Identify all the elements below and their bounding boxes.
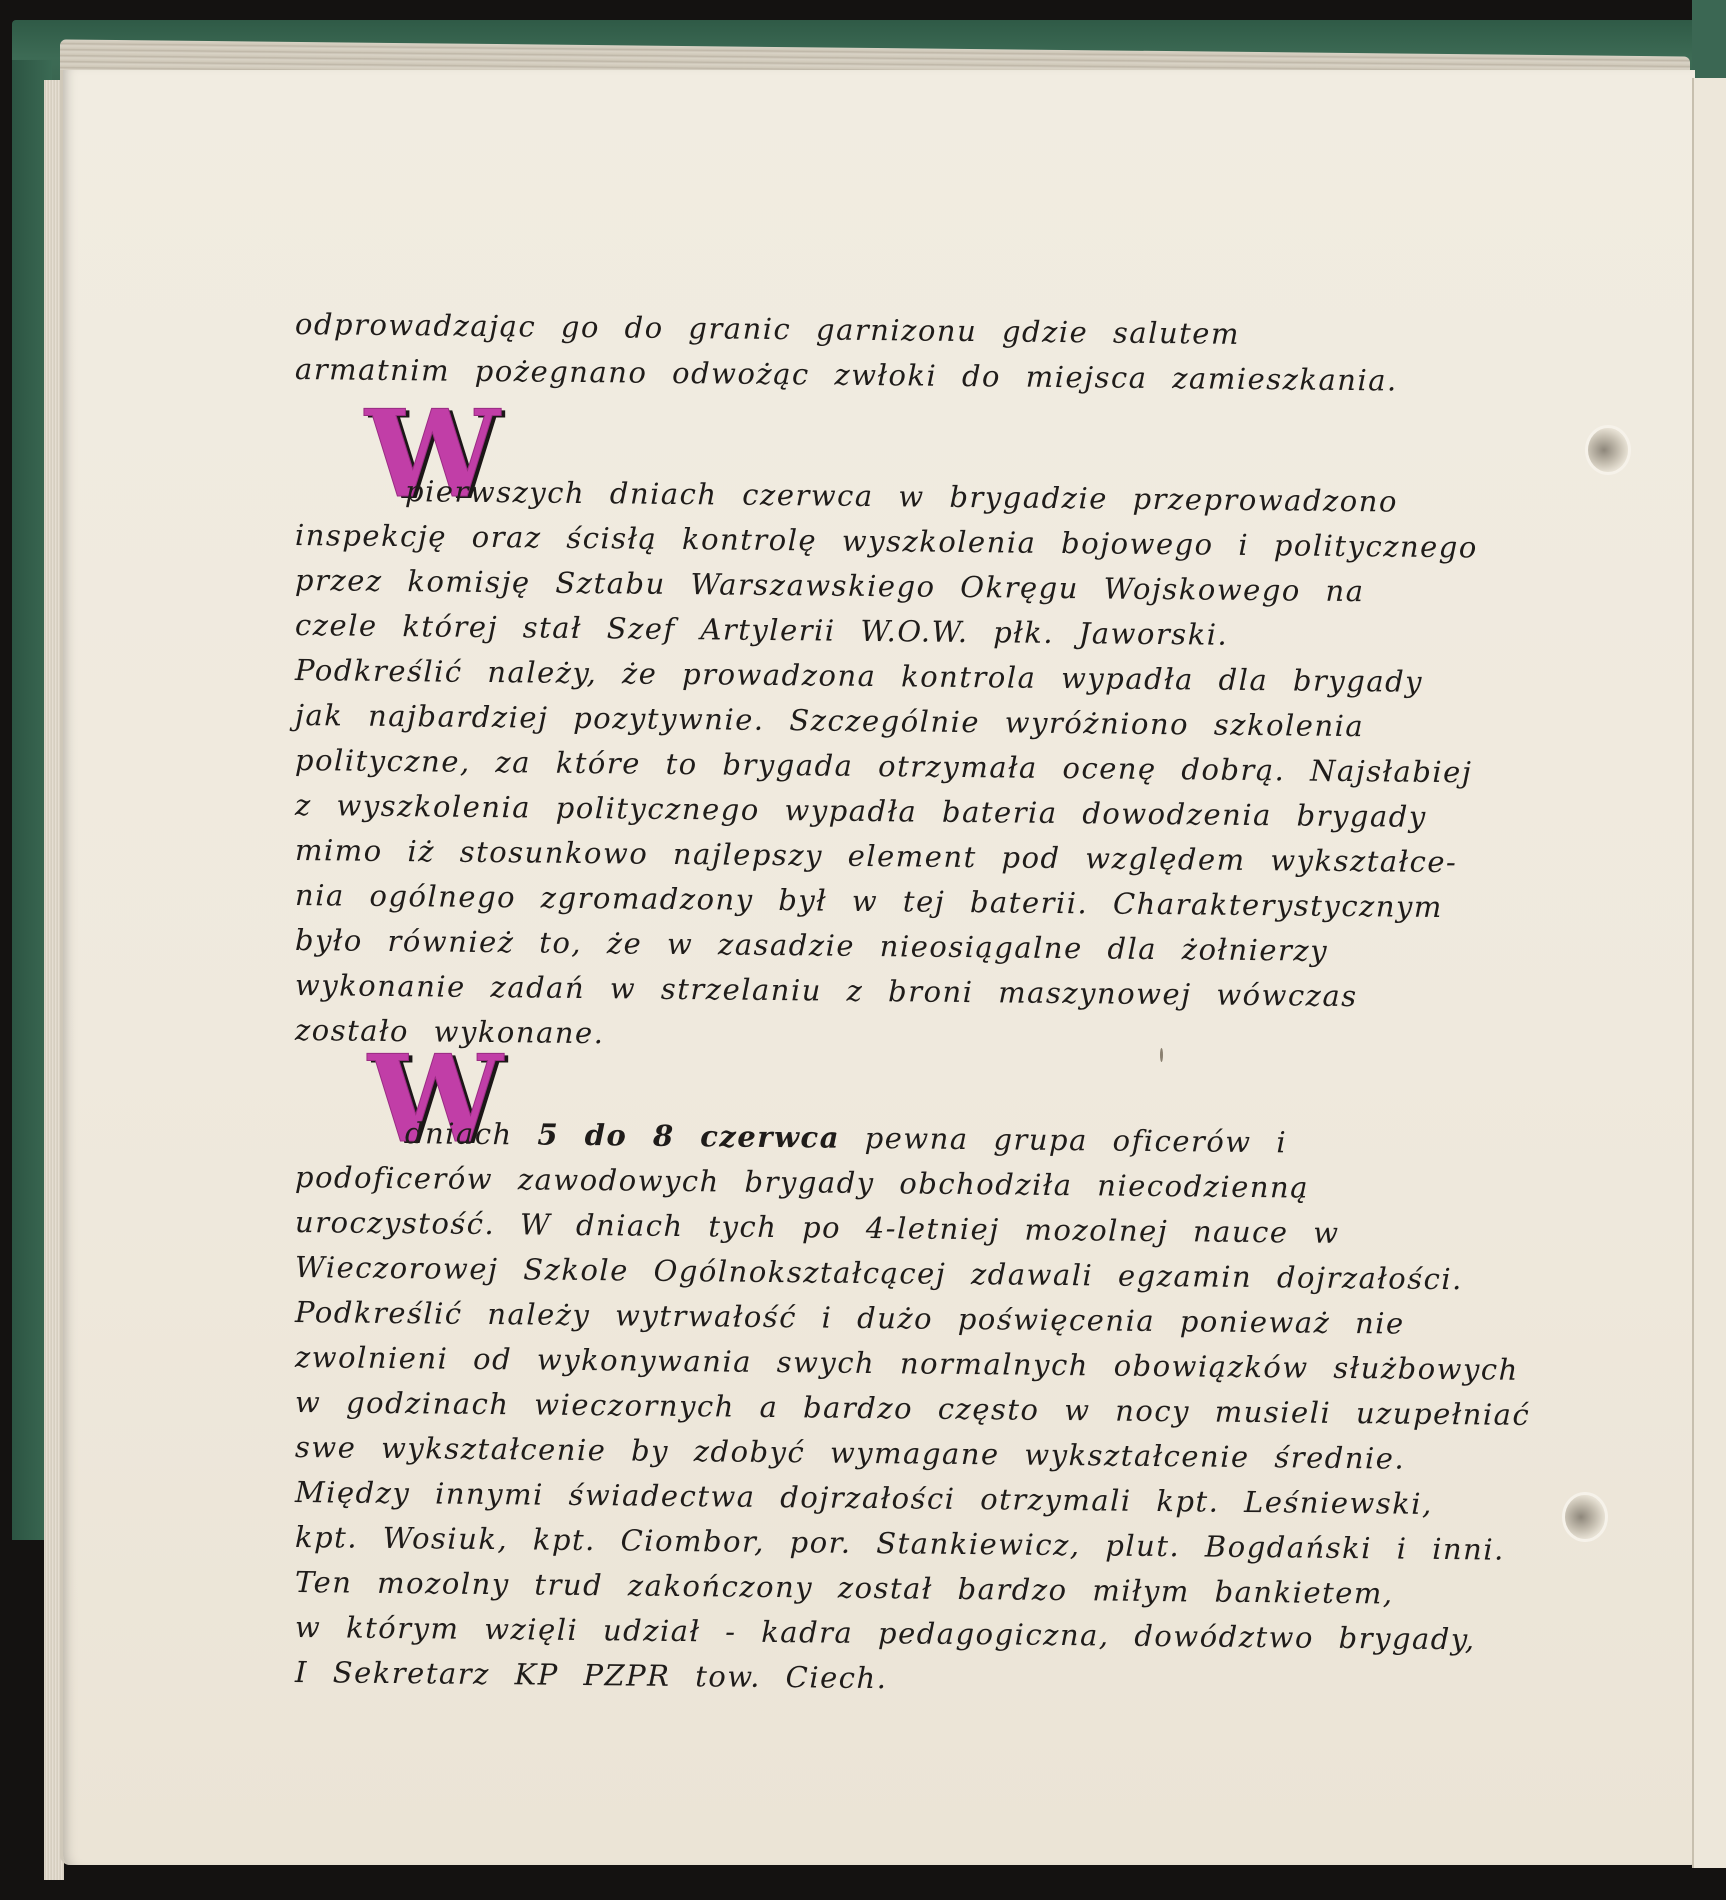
facing-page-strip xyxy=(1692,78,1726,1868)
continuation-text: odprowadzając go do granic garnizonu gdz… xyxy=(295,302,1525,392)
paragraph-2: dniach 5 do 8 czerwca pewna grupa oficer… xyxy=(295,1110,1525,1695)
text-run: dniach xyxy=(405,1116,538,1151)
punch-hole-top xyxy=(1588,428,1628,472)
text-run: pewna grupa oficerów i xyxy=(840,1121,1287,1160)
paragraph-1: pierwszych dniach czerwca w brygadzie pr… xyxy=(295,468,1525,1053)
book-cloth-binding-right xyxy=(1692,0,1726,80)
date-emphasis: 5 do 8 czerwca xyxy=(537,1118,840,1155)
punch-hole-bottom xyxy=(1565,1495,1605,1539)
